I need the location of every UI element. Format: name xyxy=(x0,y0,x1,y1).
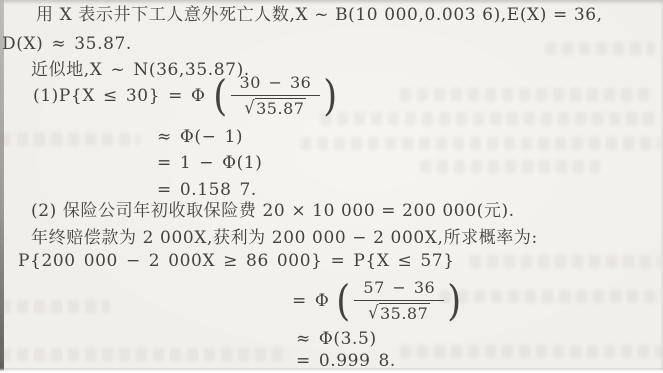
part1-fraction-numerator: 30 − 36 xyxy=(231,74,321,95)
part1-step-1: ≈ Φ(− 1) xyxy=(157,127,243,148)
page-left-edge xyxy=(0,0,4,373)
bleedthrough-smudge xyxy=(420,160,600,173)
part2-probability-line: P{200 000 − 2 000X ≥ 86 000} = P{X ≤ 57} xyxy=(18,251,455,272)
part2-equation-lhs: = Φ xyxy=(292,291,329,311)
bleedthrough-smudge xyxy=(545,42,655,55)
solution-intro-line-2: D(X) ≈ 35.87. xyxy=(2,34,132,55)
part1-result: = 0.158 7. xyxy=(157,180,257,201)
open-paren: ( xyxy=(213,76,227,116)
part2-fraction-denominator: √ 35.87 xyxy=(368,301,430,323)
bleedthrough-smudge xyxy=(470,255,660,268)
part1-equation-row: (1)P{X ≤ 30} = Φ ( 30 − 36 √ 35.87 ) xyxy=(33,74,340,118)
solution-intro-line-1: 用 X 表示井下工人意外死亡人数,X ~ B(10 000,0.003 6),E… xyxy=(36,5,603,26)
bleedthrough-smudge xyxy=(0,133,140,146)
part2-fraction-numerator: 57 − 36 xyxy=(354,279,444,300)
part2-premium-line: (2) 保险公司年初收取保险费 20 × 10 000 = 200 000(元)… xyxy=(31,201,515,222)
part2-fraction: 57 − 36 √ 35.87 xyxy=(354,279,444,323)
bleedthrough-smudge xyxy=(400,345,663,358)
bleedthrough-smudge xyxy=(440,290,660,303)
bleedthrough-smudge xyxy=(320,112,655,125)
bleedthrough-smudge xyxy=(0,348,290,361)
part2-step-1: ≈ Φ(3.5) xyxy=(296,329,377,350)
bleedthrough-smudge xyxy=(0,300,110,313)
part2-compensation-line: 年终赔偿款为 2 000X,获利为 200 000 − 2 000X,所求概率为… xyxy=(31,228,538,249)
close-paren: ) xyxy=(447,281,461,321)
part1-step-2: = 1 − Φ(1) xyxy=(157,153,263,174)
part1-fraction: 30 − 36 √ 35.87 xyxy=(231,74,321,118)
sqrt-symbol: √ xyxy=(368,303,379,324)
open-paren: ( xyxy=(337,281,351,321)
bleedthrough-smudge xyxy=(400,88,655,101)
part2-result: = 0.999 8. xyxy=(296,351,396,372)
part1-radicand: 35.87 xyxy=(255,98,306,118)
close-paren: ) xyxy=(324,76,338,116)
part2-equation-row: = Φ ( 57 − 36 √ 35.87 ) xyxy=(292,279,464,323)
part2-radicand: 35.87 xyxy=(379,303,430,323)
part1-equation-lhs: (1)P{X ≤ 30} = Φ xyxy=(33,86,206,106)
textbook-page: 用 X 表示井下工人意外死亡人数,X ~ B(10 000,0.003 6),E… xyxy=(0,0,663,373)
bleedthrough-smudge xyxy=(300,137,660,150)
sqrt-symbol: √ xyxy=(244,98,255,119)
part1-fraction-denominator: √ 35.87 xyxy=(244,96,306,118)
